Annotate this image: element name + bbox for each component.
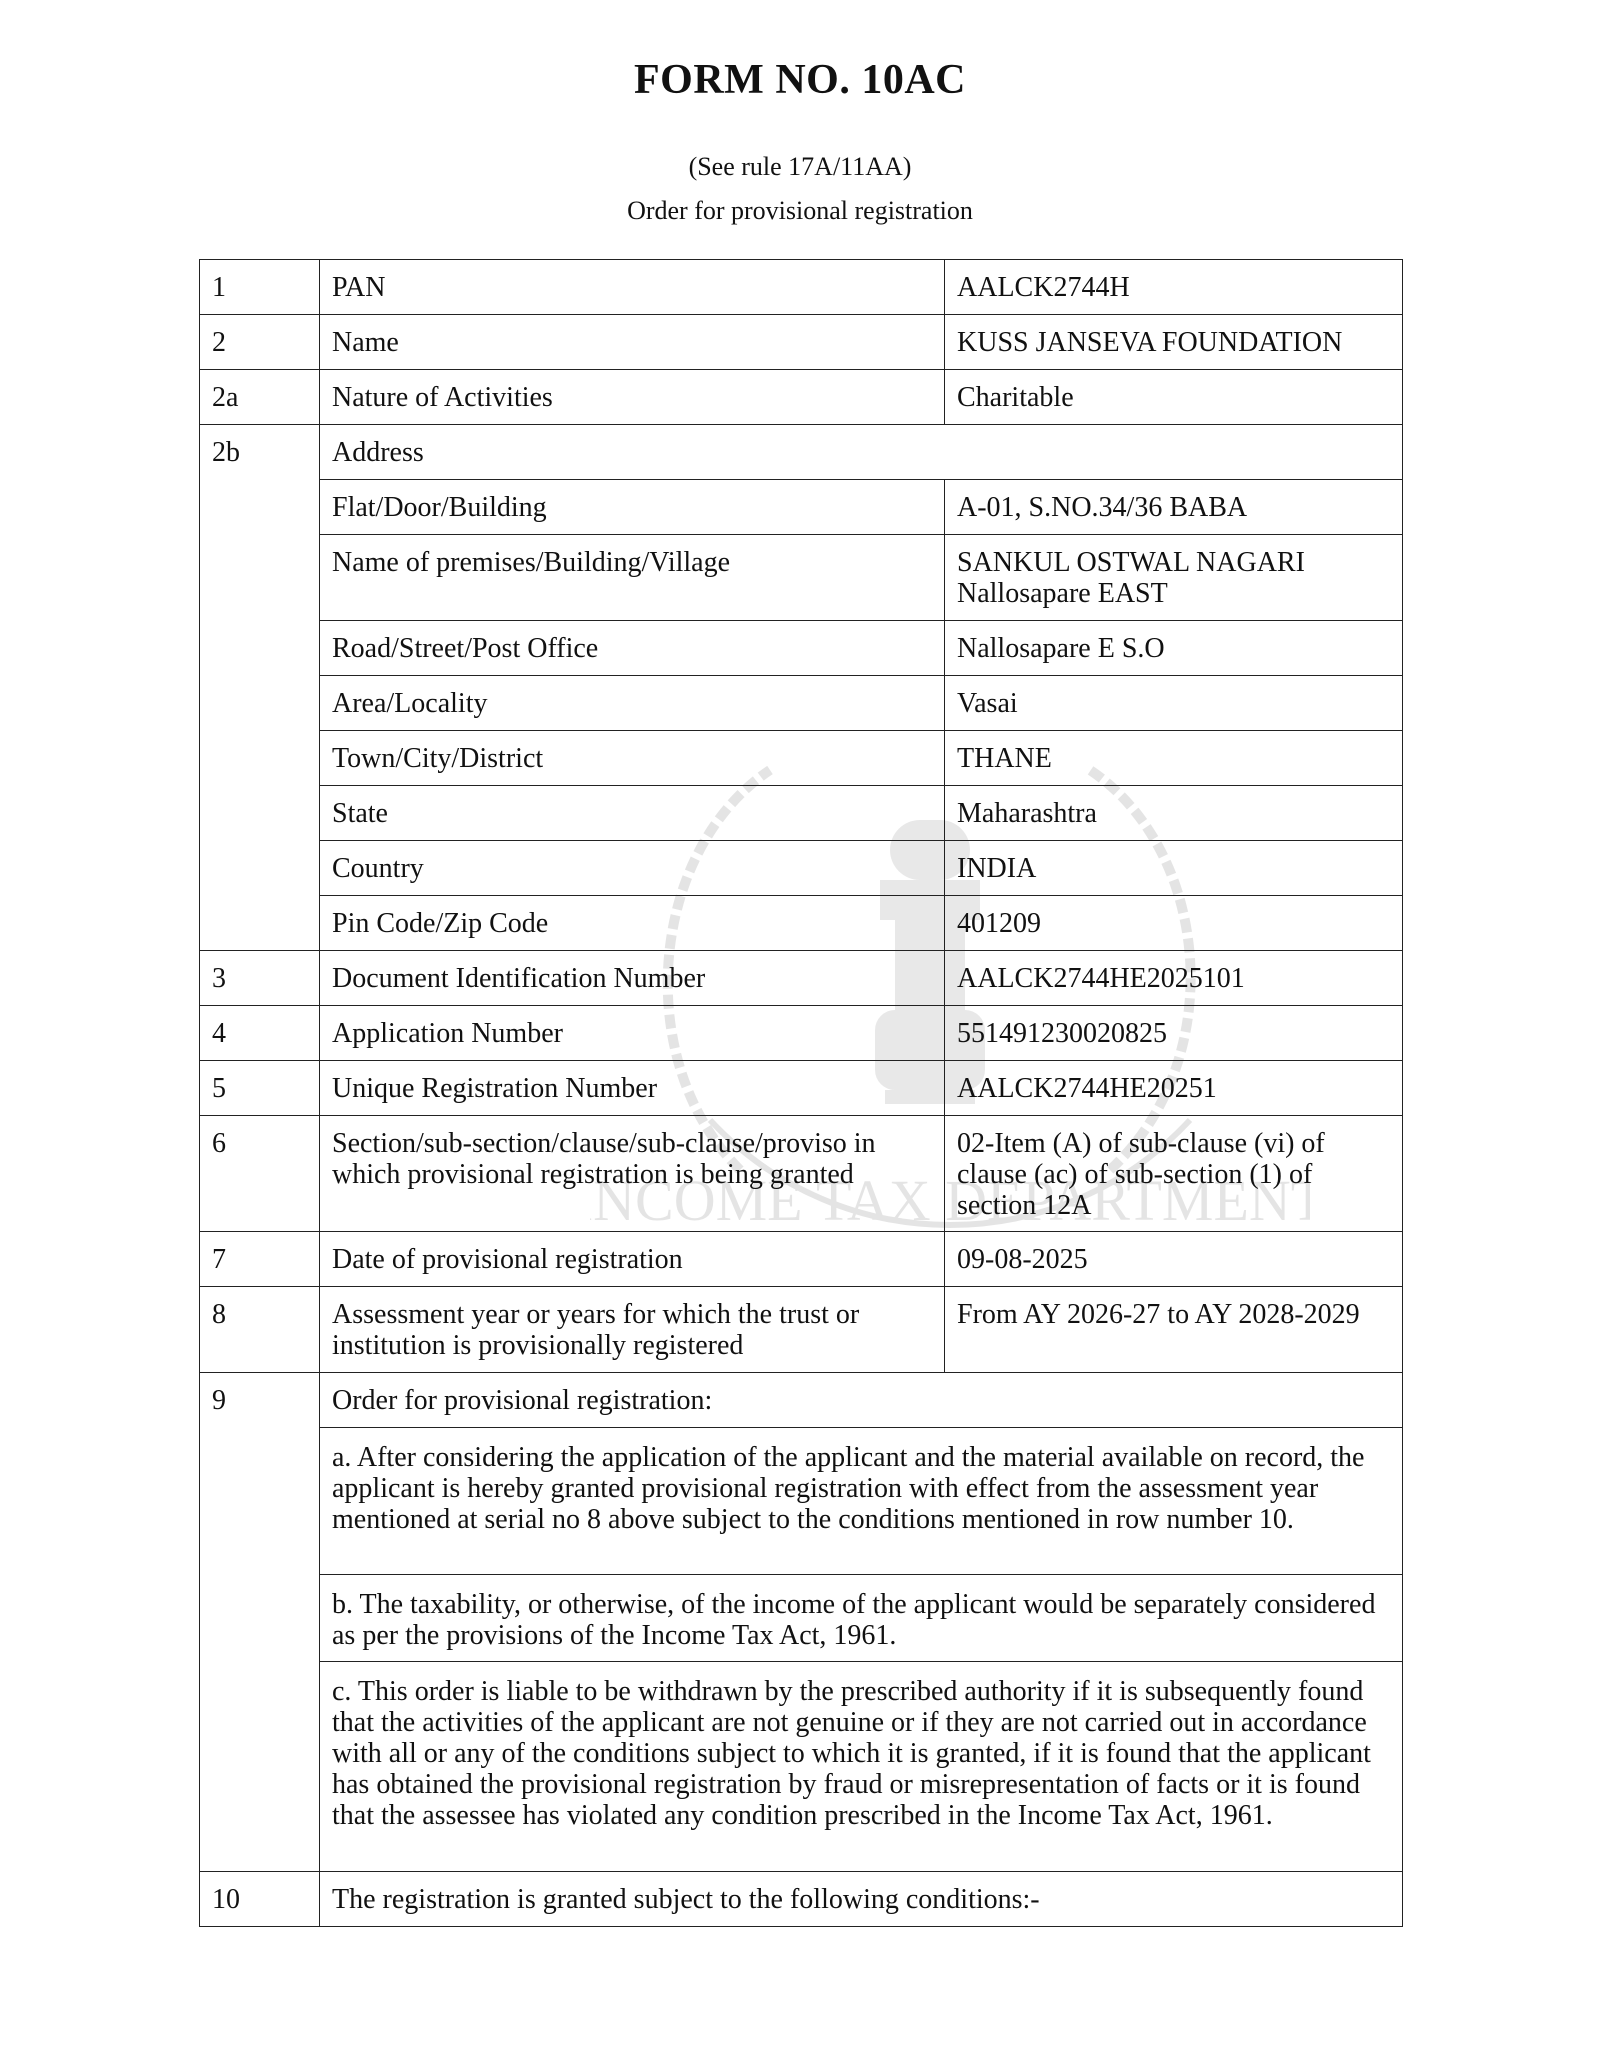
table-row-address-state: State Maharashtra <box>200 786 1403 841</box>
field-label: Flat/Door/Building <box>320 480 945 535</box>
registration-table: 1 PAN AALCK2744H 2 Name KUSS JANSEVA FOU… <box>199 259 1403 1927</box>
table-row-address-road: Road/Street/Post Office Nallosapare E S.… <box>200 621 1403 676</box>
form-subtitle: Order for provisional registration <box>0 196 1600 226</box>
urn-value: AALCK2744HE20251 <box>945 1061 1403 1116</box>
table-row-section: 6 Section/sub-section/clause/sub-clause/… <box>200 1116 1403 1232</box>
field-label: Name <box>320 315 945 370</box>
order-paragraph-c: c. This order is liable to be withdrawn … <box>320 1662 1403 1872</box>
field-label: Road/Street/Post Office <box>320 621 945 676</box>
rule-reference: (See rule 17A/11AA) <box>0 152 1600 182</box>
form-title: FORM NO. 10AC <box>0 56 1600 104</box>
row-number: 10 <box>200 1872 320 1927</box>
field-label: Pin Code/Zip Code <box>320 896 945 951</box>
date-value: 09-08-2025 <box>945 1232 1403 1287</box>
field-label: Date of provisional registration <box>320 1232 945 1287</box>
row-number: 8 <box>200 1287 320 1373</box>
nature-value: Charitable <box>945 370 1403 425</box>
field-label: Country <box>320 841 945 896</box>
order-paragraph-a: a. After considering the application of … <box>320 1428 1403 1575</box>
field-label: Document Identification Number <box>320 951 945 1006</box>
row-number: 5 <box>200 1061 320 1116</box>
address-value: INDIA <box>945 841 1403 896</box>
field-label: Unique Registration Number <box>320 1061 945 1116</box>
table-row-order-para-c: c. This order is liable to be withdrawn … <box>200 1662 1403 1872</box>
section-value: 02-Item (A) of sub-clause (vi) of clause… <box>945 1116 1403 1232</box>
field-label: Section/sub-section/clause/sub-clause/pr… <box>320 1116 945 1232</box>
assessment-year-value: From AY 2026-27 to AY 2028-2029 <box>945 1287 1403 1373</box>
address-value: Nallosapare E S.O <box>945 621 1403 676</box>
table-row-address-area: Area/Locality Vasai <box>200 676 1403 731</box>
row-number: 4 <box>200 1006 320 1061</box>
table-row-urn: 5 Unique Registration Number AALCK2744HE… <box>200 1061 1403 1116</box>
table-row-address-town: Town/City/District THANE <box>200 731 1403 786</box>
field-label: Address <box>320 425 1403 480</box>
table-row-address-header: 2b Address <box>200 425 1403 480</box>
address-value: A-01, S.NO.34/36 BABA <box>945 480 1403 535</box>
table-row-conditions: 10 The registration is granted subject t… <box>200 1872 1403 1927</box>
field-label: Name of premises/Building/Village <box>320 535 945 621</box>
field-label: Area/Locality <box>320 676 945 731</box>
name-value: KUSS JANSEVA FOUNDATION <box>945 315 1403 370</box>
field-label: State <box>320 786 945 841</box>
row-number: 6 <box>200 1116 320 1232</box>
field-label: Town/City/District <box>320 731 945 786</box>
table-row-nature: 2a Nature of Activities Charitable <box>200 370 1403 425</box>
table-row-date: 7 Date of provisional registration 09-08… <box>200 1232 1403 1287</box>
row-number: 1 <box>200 260 320 315</box>
row-number: 7 <box>200 1232 320 1287</box>
table-row-din: 3 Document Identification Number AALCK27… <box>200 951 1403 1006</box>
field-label: Order for provisional registration: <box>320 1373 1403 1428</box>
table-row-address-pin: Pin Code/Zip Code 401209 <box>200 896 1403 951</box>
order-paragraph-b: b. The taxability, or otherwise, of the … <box>320 1575 1403 1662</box>
row-number: 2 <box>200 315 320 370</box>
row-number: 9 <box>200 1373 320 1872</box>
table-row-order: 9 Order for provisional registration: <box>200 1373 1403 1428</box>
address-value: Maharashtra <box>945 786 1403 841</box>
din-value: AALCK2744HE2025101 <box>945 951 1403 1006</box>
pan-value: AALCK2744H <box>945 260 1403 315</box>
address-value: 401209 <box>945 896 1403 951</box>
field-label: Nature of Activities <box>320 370 945 425</box>
table-row-address-premises: Name of premises/Building/Village SANKUL… <box>200 535 1403 621</box>
field-label: PAN <box>320 260 945 315</box>
address-value: SANKUL OSTWAL NAGARI Nallosapare EAST <box>945 535 1403 621</box>
table-row-order-para-a: a. After considering the application of … <box>200 1428 1403 1575</box>
table-row-order-para-b: b. The taxability, or otherwise, of the … <box>200 1575 1403 1662</box>
field-label: The registration is granted subject to t… <box>320 1872 1403 1927</box>
table-row-pan: 1 PAN AALCK2744H <box>200 260 1403 315</box>
table-row-address-flat: Flat/Door/Building A-01, S.NO.34/36 BABA <box>200 480 1403 535</box>
row-number: 3 <box>200 951 320 1006</box>
application-value: 551491230020825 <box>945 1006 1403 1061</box>
field-label: Application Number <box>320 1006 945 1061</box>
address-value: THANE <box>945 731 1403 786</box>
table-row-assessment-year: 8 Assessment year or years for which the… <box>200 1287 1403 1373</box>
address-value: Vasai <box>945 676 1403 731</box>
table-row-address-country: Country INDIA <box>200 841 1403 896</box>
table-row-name: 2 Name KUSS JANSEVA FOUNDATION <box>200 315 1403 370</box>
table-row-application: 4 Application Number 551491230020825 <box>200 1006 1403 1061</box>
field-label: Assessment year or years for which the t… <box>320 1287 945 1373</box>
row-number: 2b <box>200 425 320 951</box>
row-number: 2a <box>200 370 320 425</box>
